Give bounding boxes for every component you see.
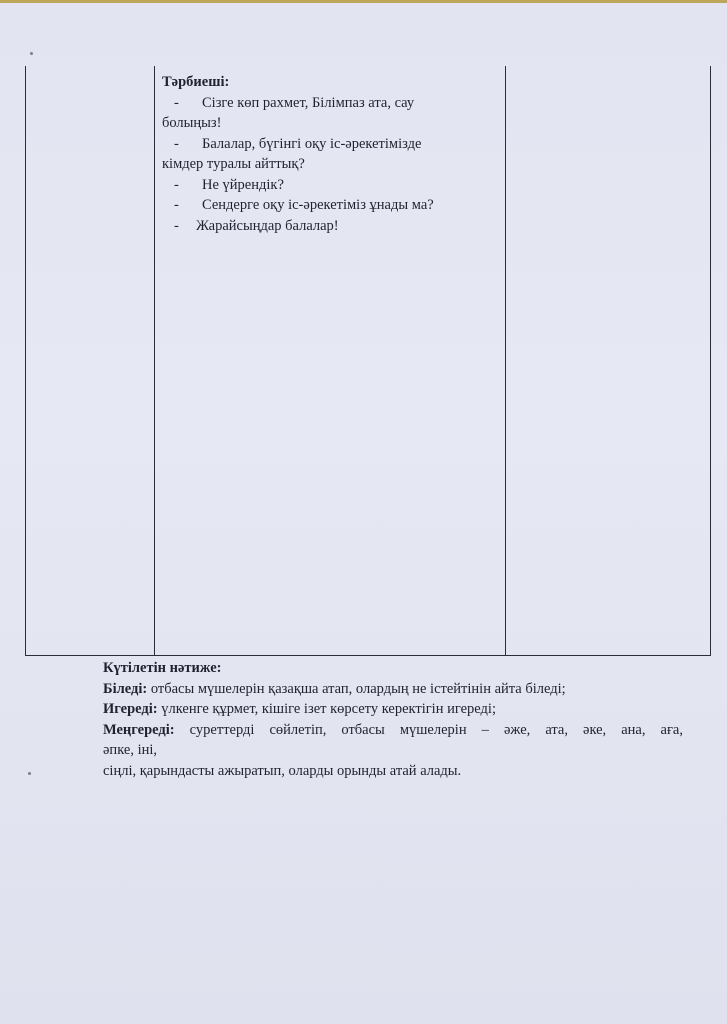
table-border-right <box>710 66 711 656</box>
teacher-cell: Тәрбиеші: -Сізге көп рахмет, Білімпаз ат… <box>162 72 502 236</box>
line: -Сендерге оқу іс-әрекетіміз ұнады ма? <box>162 195 502 216</box>
expected-result: Күтілетін нәтиже: Біледі: отбасы мүшелер… <box>103 658 683 781</box>
line: кімдер туралы айттық? <box>162 154 502 175</box>
table-border-left <box>25 66 26 656</box>
line: -Не үйрендік? <box>162 175 502 196</box>
line: -Балалар, бүгінгі оқу іс-әрекетімізде <box>162 134 502 155</box>
result-continuation: сіңлі, қарындасты ажыратып, оларды орынд… <box>103 761 683 782</box>
punch-mark <box>28 772 31 775</box>
result-item: Игереді: үлкенге құрмет, кішіге ізет көр… <box>103 699 683 720</box>
table-column-divider <box>505 66 506 656</box>
punch-mark <box>30 52 33 55</box>
result-continuation: әпке, іні, <box>103 740 683 761</box>
result-item: Меңгереді: суреттерді сөйлетіп, отбасы м… <box>103 720 683 741</box>
line: -Сізге көп рахмет, Білімпаз ата, сау <box>162 93 502 114</box>
line: -Жарайсыңдар балалар! <box>162 216 502 237</box>
table-border-bottom <box>25 655 711 656</box>
page-edge <box>0 0 727 3</box>
table-column-divider <box>154 66 155 656</box>
result-item: Біледі: отбасы мүшелерін қазақша атап, о… <box>103 679 683 700</box>
line: болыңыз! <box>162 113 502 134</box>
result-heading: Күтілетін нәтиже: <box>103 660 221 676</box>
cell-title: Тәрбиеші: <box>162 72 502 93</box>
